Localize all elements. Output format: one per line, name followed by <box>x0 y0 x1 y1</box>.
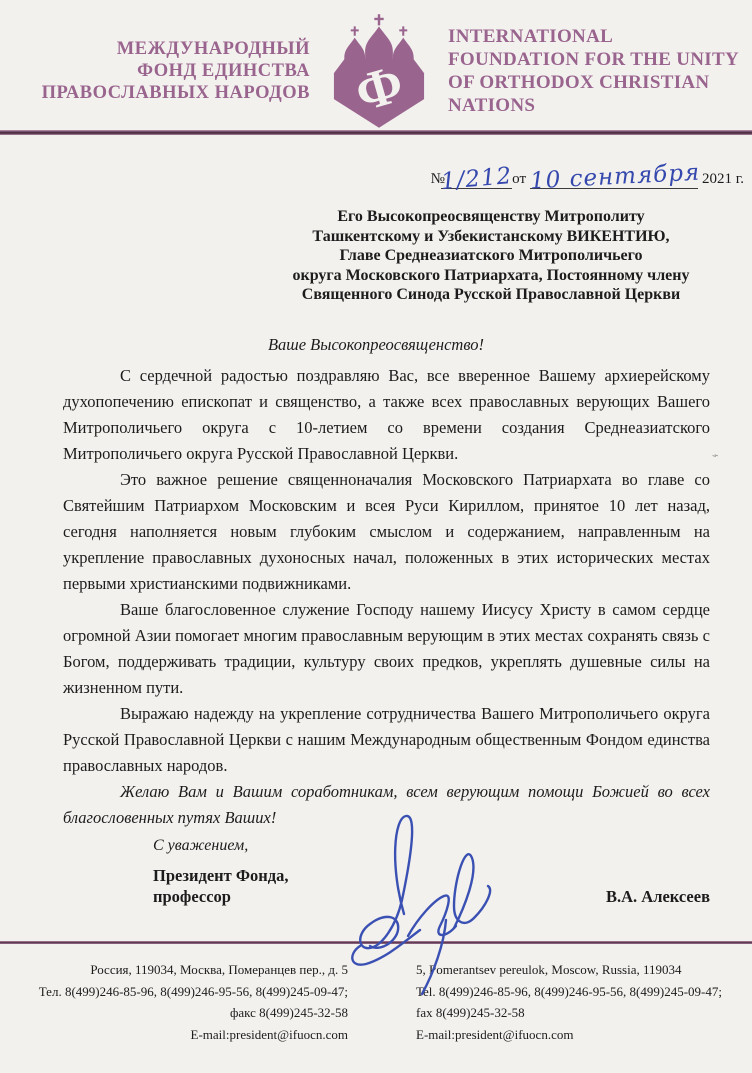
letter-page: МЕЖДУНАРОДНЫЙ ФОНД ЕДИНСТВА ПРАВОСЛАВНЫХ… <box>0 0 752 1073</box>
footer: Россия, 119034, Москва, Померанцев пер.,… <box>0 941 752 1045</box>
addressee-line: Ташкентскому и Узбекистанскому ВИКЕНТИЮ, <box>256 227 726 247</box>
number-slot: 1/212 <box>441 165 512 189</box>
handwritten-number: 1/212 <box>440 165 513 194</box>
addressee-block: Его Высокопреосвященству Митрополиту Таш… <box>256 207 726 305</box>
org-name-english: INTERNATIONAL FOUNDATION FOR THE UNITY O… <box>448 25 744 117</box>
body-paragraph: С сердечной радостью поздравляю Вас, все… <box>63 363 710 467</box>
org-en-line: FOUNDATION FOR THE UNITY <box>448 48 744 71</box>
addressee-line: Священного Синода Русской Православной Ц… <box>256 285 726 305</box>
org-name-russian: МЕЖДУНАРОДНЫЙ ФОНД ЕДИНСТВА ПРАВОСЛАВНЫХ… <box>18 38 310 104</box>
salutation: Ваше Высокопреосвященство! <box>0 335 752 355</box>
addressee-line: Его Высокопреосвященству Митрополиту <box>256 207 726 227</box>
signer-title-line: Президент Фонда, <box>153 865 289 886</box>
handwritten-date: 10 сентября <box>530 162 701 194</box>
year-label: 2021 г. <box>702 171 744 187</box>
body-paragraph: Выражаю надежду на укрепление сотрудниче… <box>63 701 710 779</box>
org-en-line: INTERNATIONAL <box>448 25 744 48</box>
letterhead: МЕЖДУНАРОДНЫЙ ФОНД ЕДИНСТВА ПРАВОСЛАВНЫХ… <box>0 0 752 126</box>
signer-row: Президент Фонда, профессор В.А. Алексеев <box>153 865 710 907</box>
header-rule <box>0 130 752 135</box>
address-russian: Россия, 119034, Москва, Померанцев пер.,… <box>0 959 348 1045</box>
addressee-line: Главе Среднеазиатского Митрополичьего <box>256 246 726 266</box>
addressee-line: округа Московского Патриархата, Постоянн… <box>256 266 726 286</box>
signer-titles: Президент Фонда, профессор <box>153 865 289 907</box>
address-email: E-mail:president@ifuocn.com <box>0 1024 348 1046</box>
address-line: Тел. 8(499)246-85-96, 8(499)246-95-56, 8… <box>0 981 348 1003</box>
body-paragraph: Это важное решение священноначалия Моско… <box>63 467 710 597</box>
org-ru-line: ФОНД ЕДИНСТВА <box>18 60 310 82</box>
closing-block: С уважением, Президент Фонда, профессор … <box>0 831 752 907</box>
body-paragraph: Ваше благословенное служение Господу наш… <box>63 597 710 701</box>
orthodox-cross-icon <box>399 26 407 35</box>
org-ru-line: ПРАВОСЛАВНЫХ НАРОДОВ <box>18 82 310 104</box>
orthodox-cross-icon <box>374 14 383 25</box>
address-english: 5, Pomerantsev pereulok, Moscow, Russia,… <box>348 959 722 1045</box>
date-slot: 10 сентября <box>530 165 698 189</box>
letter-body: С сердечной радостью поздравляю Вас, все… <box>0 363 752 831</box>
address-email: E-mail:president@ifuocn.com <box>416 1024 722 1046</box>
reference-line: №1/212от10 сентября2021 г. <box>0 165 752 199</box>
address-line: Tel. 8(499)246-85-96, 8(499)246-95-56, 8… <box>416 981 722 1003</box>
address-line: fax 8(499)245-32-58 <box>416 1002 722 1024</box>
address-line: факс 8(499)245-32-58 <box>0 1002 348 1024</box>
signer-title-line: профессор <box>153 886 289 907</box>
address-line: Россия, 119034, Москва, Померанцев пер.,… <box>0 959 348 981</box>
valediction: С уважением, <box>153 837 710 855</box>
org-en-line: OF ORTHODOX CHRISTIAN NATIONS <box>448 71 744 117</box>
body-paragraph-wish: Желаю Вам и Вашим соработникам, всем вер… <box>63 779 710 831</box>
footer-addresses: Россия, 119034, Москва, Померанцев пер.,… <box>0 944 752 1045</box>
foundation-emblem-icon: Ф <box>320 14 438 128</box>
signer-name: В.А. Алексеев <box>606 887 710 907</box>
from-label: от <box>512 171 526 187</box>
address-line: 5, Pomerantsev pereulok, Moscow, Russia,… <box>416 959 722 981</box>
orthodox-cross-icon <box>351 26 359 35</box>
org-ru-line: МЕЖДУНАРОДНЫЙ <box>18 38 310 60</box>
